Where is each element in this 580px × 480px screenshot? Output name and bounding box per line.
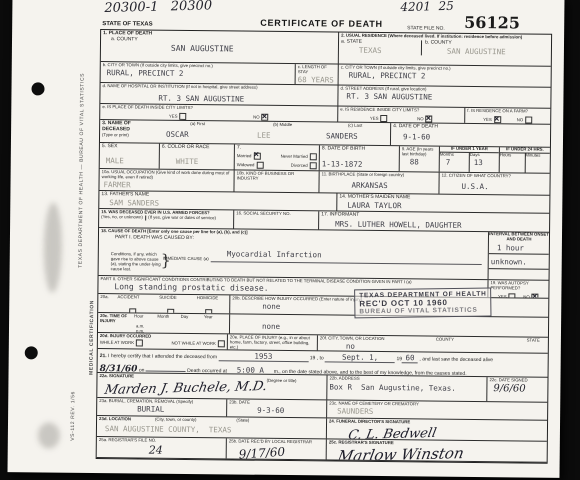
attended-to-value: Sept. 1, [342,353,378,362]
burial-cell: 23a. BURIAL, CREMATION, REMOVAL (Specify… [97,398,227,416]
physician-signature-cell: 22a. SIGNATURE Marden J. Buchele, M.D. (… [97,373,327,399]
injury-none-value2: none [262,322,546,334]
certify-statement-cell: 21. I hereby certify that I attended the… [98,349,548,377]
place-of-injury-cell: 20e. PLACE OF INJURY (e.g., in or about … [228,334,318,350]
date-of-death-cell: 4. DATE OF DEATH 9-1-60 [390,123,550,147]
marital-status-cell: 7. Married Never Married Widowed Divorce… [235,144,320,170]
citizen-value: U.S.A. [461,182,547,192]
injury-location-cell: 20f. CITY, TOWN, OR LOCATION COUNTY STAT… [318,335,548,352]
registrar-signature-cell: 25c. REGISTRAR'S SIGNATURE Marlow Winsto… [327,439,547,461]
attended-from-value: 1953 [254,352,272,361]
residence-farm-cell: f. IS RESIDENCE ON A FARM? YES NO [465,108,550,124]
married-checkbox [253,152,260,159]
autopsy-cell: 19. WAS AUTOPSY PERFORMED? YES NO [488,280,548,298]
burial-value: BURIAL [137,404,224,414]
burial-date-value: 9-3-60 [257,406,324,416]
widowed-checkbox [256,161,263,168]
residence-state-value: TEXAS [359,45,421,55]
not-while-at-work-checkbox [218,340,225,347]
suicide-checkbox [167,309,174,313]
mother-name-value: LAURA TAYLOR [347,200,547,211]
homicide-checkbox [205,309,212,313]
conditions-note: Conditions, if any, which gave rise to a… [111,252,161,272]
registrar-file-no-value: 24 [149,444,224,458]
death-city-cell: b. CITY OR TOWN (If outside city limits,… [101,62,296,84]
death-county-value: SAN AUGUSTINE [171,44,234,54]
race-value: WHITE [176,157,232,167]
while-at-work-checkbox [136,339,143,346]
street-address-cell: d. STREET ADDRESS (If rural, give locati… [338,86,550,108]
race-cell: 6. COLOR OR RACE WHITE [160,144,235,170]
margin-form-number: VS-112 REV. 1/56 [70,381,77,441]
under-24h-cell: IF UNDER 24 HRS. Hours Minutes [500,147,550,173]
father-name-cell: 13. FATHER'S NAME SAM SANDERS [99,191,337,210]
date-signed-cell: 22c. DATE SIGNED 9/6/60 [487,377,547,402]
date-of-birth-cell: 8. DATE OF BIRTH 1-13-1872 [320,145,400,171]
scan-smudge [43,202,62,292]
never-married-checkbox [310,153,317,160]
sex-cell: 5. SEX MALE [100,143,160,169]
age-cell: 9. AGE (In years last birthday) 88 [400,146,440,171]
last-name-value: SANDERS [326,131,388,141]
time-of-injury-cell: 20c. TIME OF INJURY Hour Month Day Year … [98,313,230,333]
middle-name-cell: (b) Middle LEE [245,122,320,145]
date-of-death-value: 9-1-60 [403,132,548,143]
pod-no-checkbox [262,114,269,121]
residence-county-value: SAN AUGUSTINE [447,46,549,56]
accident-suicide-homicide-cell: 20a. ACCIDENT SUICIDE HOMICIDE [98,294,230,313]
physician-address-cell: 22b. ADDRESS Box R San Augustine, Texas. [327,375,487,401]
handwritten-file-numbers-right: 4201 25 [400,0,454,14]
cause-of-death-cell: 18. CAUSE OF DEATH [Enter only one cause… [99,228,489,279]
burial-location-cell: 23d. LOCATION (City, town, or county) (S… [97,416,327,438]
punch-hole-top [31,82,44,95]
industry-cell: 10b. KIND OF BUSINESS OR INDUSTRY [234,170,319,192]
informant-cell: 17. INFORMANT MRS. LUTHER HOWELL, DAUGHT… [319,211,549,231]
residence-inside-limits-cell: e. IS RESIDENCE INSIDE CITY LIMITS? YES … [338,107,465,123]
cause-a-value: Myocardial Infarction [227,249,322,259]
informant-value: MRS. LUTHER HOWELL, DAUGHTER [335,219,547,230]
cemetery-value: SAUNDERS [337,406,545,417]
occupation-cell: 10a. USUAL OCCUPATION (Give kind of work… [99,169,234,191]
funeral-director-cell: 24. FUNERAL DIRECTOR'S SIGNATURE C. L. B… [327,418,547,440]
occupation-value: FARMER [103,180,231,190]
state-of-texas-label: STATE OF TEXAS [102,21,153,28]
funeral-director-signature: C. L. Bedwell [347,423,547,440]
age-days-value: 13 [474,158,499,167]
attended-to-year: 60 [405,353,414,362]
date-signed-value: 9/6/60 [493,383,545,395]
interval-column: INTERVAL BETWEEN ONSET AND DEATH 1 hour … [489,232,549,280]
street-address-value: RT. 3 SAN AUGUSTINE [346,92,548,103]
ssn-cell: 16. SOCIAL SECURITY NO. [234,210,319,229]
residence-city-cell: c. CITY OR TOWN (If outside city limits,… [339,65,551,87]
birthplace-value: ARKANSAS [351,181,436,191]
interval-b-value: unknown. [489,254,549,270]
scan-smudge [38,422,60,448]
last-name-cell: (c) Last SANDERS [320,122,390,145]
first-name-cell: (a) First OSCAR [150,121,245,144]
burial-location-value: SAN AUGUSTINE COUNTY, TEXAS [105,424,324,435]
registrar-file-no-cell: 25a. REGISTRAR'S FILE NO. 24 [97,437,227,458]
death-time-value: 5:00 A [237,365,264,374]
death-city-value: RURAL, PRECINCT 2 [107,68,293,79]
date-of-birth-value: 1-13-1872 [322,159,397,169]
farm-no-checkbox [525,116,532,123]
injury-occurred-cell: 20d. INJURY OCCURRED WHILE AT WORK NOT W… [98,333,228,349]
age-months-value: 7 [446,158,469,167]
physician-address-value: Box R San Augustine, Texas. [329,382,484,393]
sex-value: MALE [106,156,157,166]
place-of-death-cell: 1. PLACE OF DEATH a. COUNTY SAN AUGUSTIN… [101,30,339,63]
mother-name-cell: 14. MOTHER'S MAIDEN NAME LAURA TAYLOR [337,194,549,213]
autopsy-yes-checkbox [509,293,516,298]
farm-yes-checkbox [494,116,501,123]
res-yes-checkbox [380,115,387,122]
death-inside-limits-cell: e. IS PLACE OF DEATH INSIDE CITY LIMITS?… [100,104,338,121]
residence-city-value: RURAL, PRECINCT 2 [349,71,549,82]
state-file-number: 56125 [464,13,520,33]
hospital-cell: d. NAME OF HOSPITAL OR INSTITUTION (If n… [100,83,338,105]
date-received-cell: 25b. DATE REC'D BY LOCAL REGISTRAR 9/17/… [227,438,327,459]
length-of-stay-cell: c. LENGTH OF STAY 68 YEARS [296,64,339,84]
under-one-year-cell: IF UNDER 1 YEAR Months 7 Days 13 [440,147,500,173]
burial-date-cell: 23b. DATE 9-3-60 [227,399,327,417]
received-stamp: TEXAS DEPARTMENT OF HEALTH REC'D OCT 10 … [354,287,492,318]
certificate-title: CERTIFICATE OF DEATH [260,18,383,29]
certificate-form: 1. PLACE OF DEATH a. COUNTY SAN AUGUSTIN… [96,29,552,464]
birthplace-cell: 11. BIRTHPLACE (State or foreign country… [319,171,439,193]
interval-a-value: 1 hour [489,242,549,255]
length-of-stay-value: 68 YEARS [298,75,336,84]
punch-hole-bottom [25,346,38,359]
brace-glyph: } [161,251,171,270]
margin-department-text: TEXAS DEPARTMENT OF HEALTH — BUREAU OF V… [78,38,86,268]
hospital-value: RT. 3 SAN AUGUSTINE [158,94,244,104]
age-value: 88 [410,157,437,166]
first-name-value: OSCAR [166,130,243,140]
middle-name-value: LEE [257,131,318,141]
res-no-checkbox [426,115,433,122]
pod-yes-checkbox [179,113,186,120]
cemetery-cell: 23c. NAME OF CEMETERY OR CREMATORY SAUND… [327,400,547,419]
armed-forces-cell: 15. WAS DECEASED EVER IN U.S. ARMED FORC… [99,209,234,228]
usual-residence-cell: 2. USUAL RESIDENCE (Where deceased lived… [339,33,551,66]
citizen-cell: 12. CITIZEN OF WHAT COUNTRY? U.S.A. [439,173,549,195]
margin-medical-certification-text: MEDICAL CERTIFICATION [89,245,96,375]
name-of-deceased-label-cell: 3. NAME OF DECEASED (Type or print) [100,120,150,143]
divorced-checkbox [310,162,317,169]
handwritten-file-numbers-left: 20300-1 20300 [104,0,212,16]
scanned-certificate-paper: TEXAS DEPARTMENT OF HEALTH — BUREAU OF V… [8,0,565,478]
date-received-value: 9/17/60 [238,442,324,459]
father-name-value: SAM SANDERS [109,198,334,209]
autopsy-no-checkbox [532,293,539,297]
